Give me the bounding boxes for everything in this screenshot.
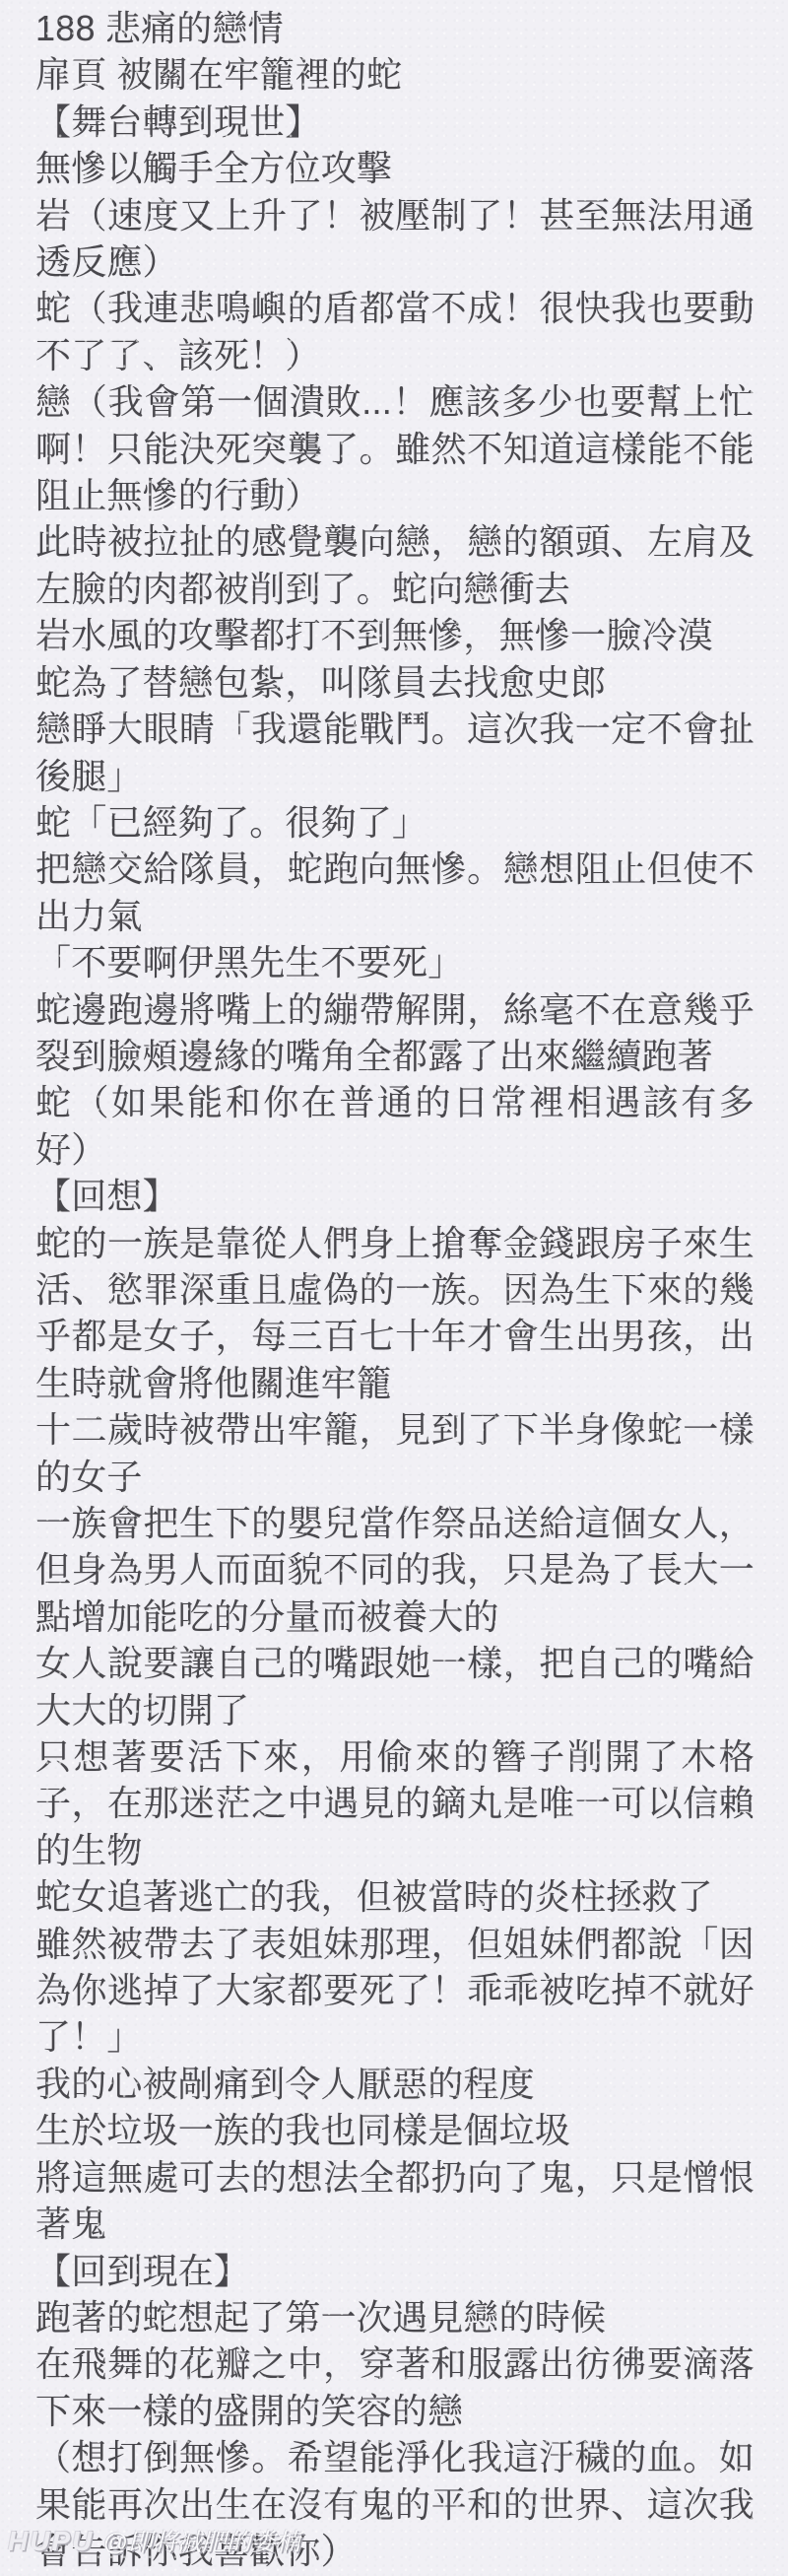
paragraph: 蛇女追著逃亡的我，但被當時的炎柱拯救了 [35,1873,755,1920]
paragraph: 生於垃圾一族的我也同樣是個垃圾 [35,2107,755,2153]
paragraph: 在飛舞的花瓣之中，穿著和服露出彷彿要滴落下來一樣的盛開的笑容的戀 [35,2340,755,2434]
paragraph: 將這無處可去的想法全都扔向了鬼，只是憎恨著鬼 [35,2154,755,2248]
paragraph: 戀睜大眼睛「我還能戰鬥。這次我一定不會扯後腿」 [35,706,755,799]
section-marker: 【回到現在】 [35,2248,755,2294]
watermark: HUPU@即将减肥的娄楠 [8,2523,300,2558]
chapter-heading: 188 悲痛的戀情 [35,5,755,51]
paragraph: 女人說要讓自己的嘴跟她一樣，把自己的嘴給大大的切開了 [35,1640,755,1733]
paragraph: 戀（我會第一個潰敗...！應該多少也要幫上忙啊！只能決死突襲了。雖然不知道這樣能… [35,378,755,518]
paragraph: 岩（速度又上升了！被壓制了！甚至無法用通透反應） [35,192,755,286]
section-marker: 【回想】 [35,1173,755,1219]
paragraph: 此時被拉扯的感覺襲向戀，戀的額頭、左肩及左臉的肉都被削到了。蛇向戀衝去 [35,518,755,612]
paragraph: 蛇（我連悲鳴嶼的盾都當不成！很快我也要動不了了、該死！） [35,285,755,378]
paragraph: 把戀交給隊員，蛇跑向無慘。戀想阻止但使不出力氣 [35,846,755,939]
page-caption: 扉頁 被關在牢籠裡的蛇 [35,51,755,98]
paragraph: 蛇「已經夠了。很夠了」 [35,799,755,846]
watermark-author-handle: @即将减肥的娄楠 [102,2529,299,2556]
paragraph: 蛇為了替戀包紮，叫隊員去找愈史郎 [35,659,755,706]
paragraph: 無慘以觸手全方位攻擊 [35,145,755,191]
section-marker: 【舞台轉到現世】 [35,99,755,145]
paragraph: 「不要啊伊黑先生不要死」 [35,939,755,985]
article: 188 悲痛的戀情 扉頁 被關在牢籠裡的蛇 【舞台轉到現世】無慘以觸手全方位攻擊… [0,0,788,2574]
paragraph: 蛇（如果能和你在普通的日常裡相遇該有多好） [35,1079,755,1173]
article-body: 【舞台轉到現世】無慘以觸手全方位攻擊岩（速度又上升了！被壓制了！甚至無法用通透反… [35,99,755,2575]
paragraph: 十二歲時被帶出牢籠，見到了下半身像蛇一樣的女子 [35,1406,755,1500]
paragraph: 蛇的一族是靠從人們身上搶奪金錢跟房子來生活、慾罪深重且虛偽的一族。因為生下來的幾… [35,1220,755,1407]
text-screenshot-page: { "page": { "background_color": "#f1f0f5… [0,0,788,2576]
paragraph: 雖然被帶去了表姐妹那理，但姐妹們都說「因為你逃掉了大家都要死了！乖乖被吃掉不就好… [35,1921,755,2061]
paragraph: 跑著的蛇想起了第一次遇見戀的時候 [35,2294,755,2340]
paragraph: 我的心被剮痛到令人厭惡的程度 [35,2061,755,2107]
paragraph: 一族會把生下的嬰兒當作祭品送給這個女人，但身為男人而面貌不同的我，只是為了長大一… [35,1500,755,1640]
paragraph: 蛇邊跑邊將嘴上的繃帶解開，絲毫不在意幾乎裂到臉頰邊緣的嘴角全都露了出來繼續跑著 [35,986,755,1080]
paragraph: 岩水風的攻擊都打不到無慘，無慘一臉冷漠 [35,612,755,658]
hupu-logo: HUPU [8,2526,94,2556]
paragraph: 只想著要活下來，用偷來的簪子削開了木格子，在那迷茫之中遇見的鏑丸是唯一可以信賴的… [35,1733,755,1873]
